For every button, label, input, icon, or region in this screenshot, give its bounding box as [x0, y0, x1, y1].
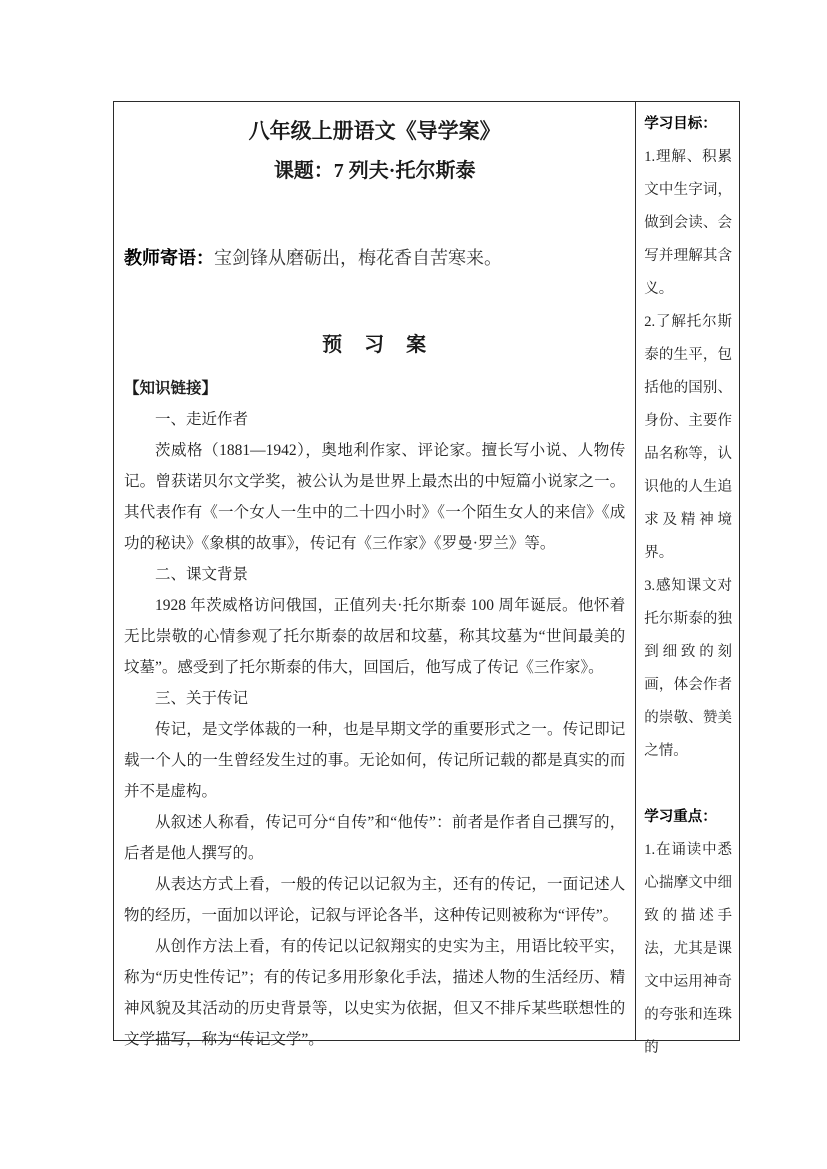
paragraph: 传记，是文学体裁的一种，也是早期文学的重要形式之一。传记即记载一个人的一生曾经发…: [124, 714, 625, 807]
teacher-message-text: 宝剑锋从磨砺出，梅花香自苦寒来。: [214, 248, 502, 268]
paragraph: 从表达方式上看，一般的传记以记叙为主，还有的传记，一面记述人物的经历，一面加以评…: [124, 869, 625, 931]
teacher-message-line: 教师寄语：宝剑锋从磨砺出，梅花香自苦寒来。: [124, 244, 625, 272]
worksheet-table: 八年级上册语文《导学案》 课题：7 列夫·托尔斯泰 教师寄语：宝剑锋从磨砺出，梅…: [113, 101, 740, 1041]
learning-goal-item: 3.感知课文对托尔斯泰的独到细致的刻画，体会作者的崇敬、赞美之情。: [644, 570, 732, 768]
learning-focus-item: 1.在诵读中悉心揣摩文中细致的描述手法，尤其是课文中运用神奇的夸张和连珠的: [644, 834, 732, 1065]
sidebar-cell: 学习目标： 1.理解、积累文中生字词，做到会读、会写并理解其含义。 2.了解托尔…: [636, 102, 739, 1040]
section-heading: 一、走近作者: [124, 404, 625, 435]
section-heading: 二、课文背景: [124, 559, 625, 590]
paragraph: 茨威格（1881—1942），奥地利作家、评论家。擅长写小说、人物传记。曾获诺贝…: [124, 435, 625, 559]
paragraph: 从叙述人称看，传记可分“自传”和“他传”：前者是作者自己撰写的，后者是他人撰写的…: [124, 807, 625, 869]
section-heading: 三、关于传记: [124, 683, 625, 714]
lesson-title: 课题：7 列夫·托尔斯泰: [124, 156, 625, 186]
sidebar-spacer: [644, 768, 732, 801]
knowledge-link-header: 【知识链接】: [124, 374, 625, 404]
knowledge-link-body: 一、走近作者 茨威格（1881—1942），奥地利作家、评论家。擅长写小说、人物…: [124, 404, 625, 1055]
page-title: 八年级上册语文《导学案》: [124, 116, 625, 146]
paragraph: 1928 年茨威格访问俄国，正值列夫·托尔斯泰 100 周年诞辰。他怀着无比崇敬…: [124, 590, 625, 683]
document-page: 八年级上册语文《导学案》 课题：7 列夫·托尔斯泰 教师寄语：宝剑锋从磨砺出，梅…: [0, 0, 827, 1169]
learning-goal-item: 1.理解、积累文中生字词，做到会读、会写并理解其含义。: [644, 141, 732, 306]
paragraph: 从创作方法上看，有的传记以记叙翔实的史实为主，用语比较平实，称为“历史性传记”；…: [124, 931, 625, 1055]
learning-goal-item: 2.了解托尔斯泰的生平，包括他的国别、身份、主要作品名称等，认识他的人生追求及精…: [644, 306, 732, 570]
teacher-message-label: 教师寄语：: [124, 248, 214, 268]
learning-focus-title: 学习重点：: [644, 801, 732, 834]
learning-goals-title: 学习目标：: [644, 108, 732, 141]
main-content-cell: 八年级上册语文《导学案》 课题：7 列夫·托尔斯泰 教师寄语：宝剑锋从磨砺出，梅…: [114, 102, 636, 1040]
preview-section-title: 预 习 案: [124, 330, 625, 360]
